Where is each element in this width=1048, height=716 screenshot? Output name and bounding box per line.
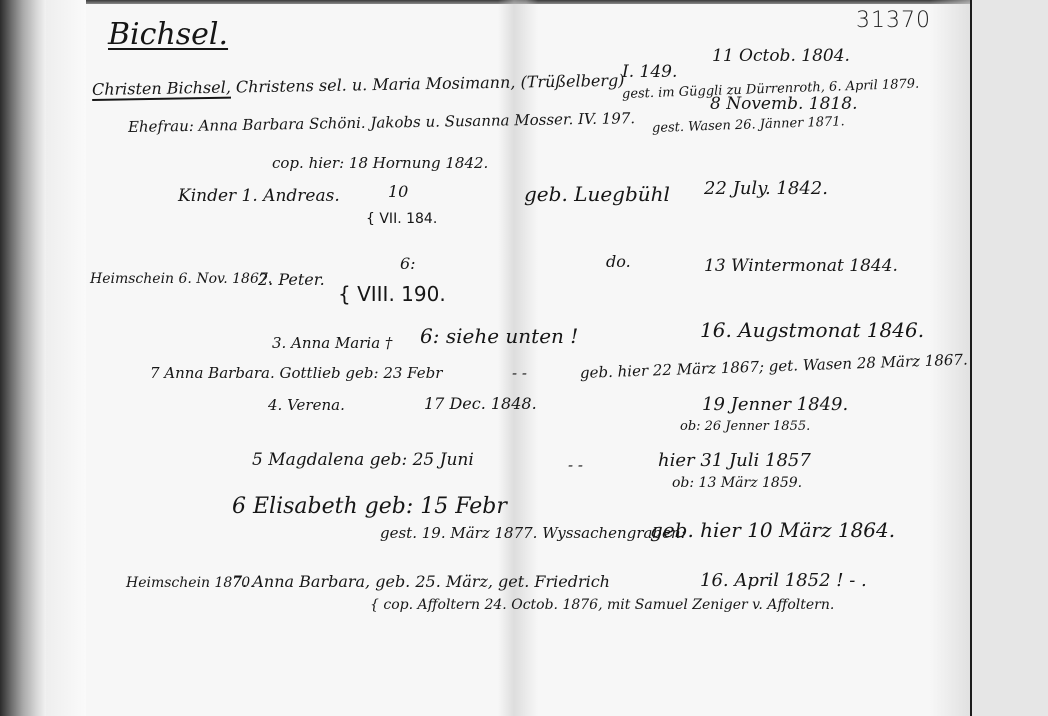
husband-birth-date: 11 Octob. 1804. xyxy=(712,48,850,65)
binding-fade xyxy=(46,0,86,716)
child-1-birthplace: geb. Luegbühl xyxy=(524,184,670,204)
child-3-label: 3. Anna Maria † xyxy=(272,336,392,351)
child-4-label: 4. Verena. xyxy=(268,398,345,413)
grandchild-birth-baptism: geb. hier 22 März 1867; get. Wasen 28 Mä… xyxy=(580,352,968,381)
child-4-date-left: 17 Dec. 1848. xyxy=(424,396,537,412)
child-7-birth-date: 16. April 1852 ! - . xyxy=(700,572,867,590)
marriage-note: cop. hier: 18 Hornung 1842. xyxy=(272,156,488,171)
child-6-label: 6 Elisabeth geb: 15 Febr xyxy=(232,496,507,518)
husband-name: Christen Bichsel, xyxy=(92,78,231,99)
grandchild-label: 7 Anna Barbara. Gottlieb geb: 23 Febr xyxy=(150,366,442,381)
child-1-label: Kinder 1. Andreas. xyxy=(178,188,340,205)
child-2-birth-date: 13 Wintermonat 1844. xyxy=(704,258,898,275)
child-5-label: 5 Magdalena geb: 25 Juni xyxy=(252,452,474,469)
child-6-death-note: gest. 19. März 1877. Wyssachengraben: xyxy=(380,526,686,541)
child-3-birth-date: 16. Augstmonat 1846. xyxy=(700,320,924,340)
child-5-birth-date: hier 31 Juli 1857 xyxy=(658,452,811,470)
child-1-birth-date: 22 July. 1842. xyxy=(704,180,828,198)
child-7-marriage-note: { cop. Affoltern 24. Octob. 1876, mit Sa… xyxy=(370,598,834,612)
child-4-birth-date: 19 Jenner 1849. xyxy=(702,396,848,414)
child-5-death-note: ob: 13 März 1859. xyxy=(672,476,802,490)
surname-heading: Bichsel. xyxy=(108,20,228,50)
register-page: 31370 Bichsel. Christen Bichsel, Christe… xyxy=(0,0,1048,716)
child-3-note: 6: siehe unten ! xyxy=(420,326,578,346)
husband-entry: Christen Bichsel, Christens sel. u. Mari… xyxy=(92,73,625,98)
child-2-label: 2. Peter. xyxy=(258,272,325,288)
child-2-ref-top: 6: xyxy=(400,256,416,272)
child-7-label: 7. Anna Barbara, geb. 25. März, get. Fri… xyxy=(232,574,610,590)
child-1-ref-bottom: { VII. 184. xyxy=(366,212,437,226)
wife-death-note: gest. Wasen 26. Jänner 1871. xyxy=(652,115,845,135)
book-binding-shadow xyxy=(0,0,46,716)
child-5-dashes: - - xyxy=(568,458,583,473)
child-2-ref-bottom: { VIII. 190. xyxy=(338,284,446,304)
wife-birth-date: 8 Novemb. 1818. xyxy=(710,96,857,113)
adjacent-page-strip xyxy=(972,0,1048,716)
child-6-birth-date: geb. hier 10 März 1864. xyxy=(650,520,895,540)
child-1-ref-top: 10 xyxy=(388,184,408,200)
husband-register-ref: I. 149. xyxy=(622,64,677,81)
catalog-number: 31370 xyxy=(856,8,931,33)
child-2-birthplace: do. xyxy=(606,254,631,270)
wife-entry: Ehefrau: Anna Barbara Schöni. Jakobs u. … xyxy=(128,111,635,135)
husband-parents: Christens sel. u. Maria Mosimann, (Trüße… xyxy=(236,71,625,97)
child-4-death-note: ob: 26 Jenner 1855. xyxy=(680,420,810,433)
grandchild-dashes: - - xyxy=(512,366,527,381)
child-2-margin-note: Heimschein 6. Nov. 1867. xyxy=(90,272,272,286)
